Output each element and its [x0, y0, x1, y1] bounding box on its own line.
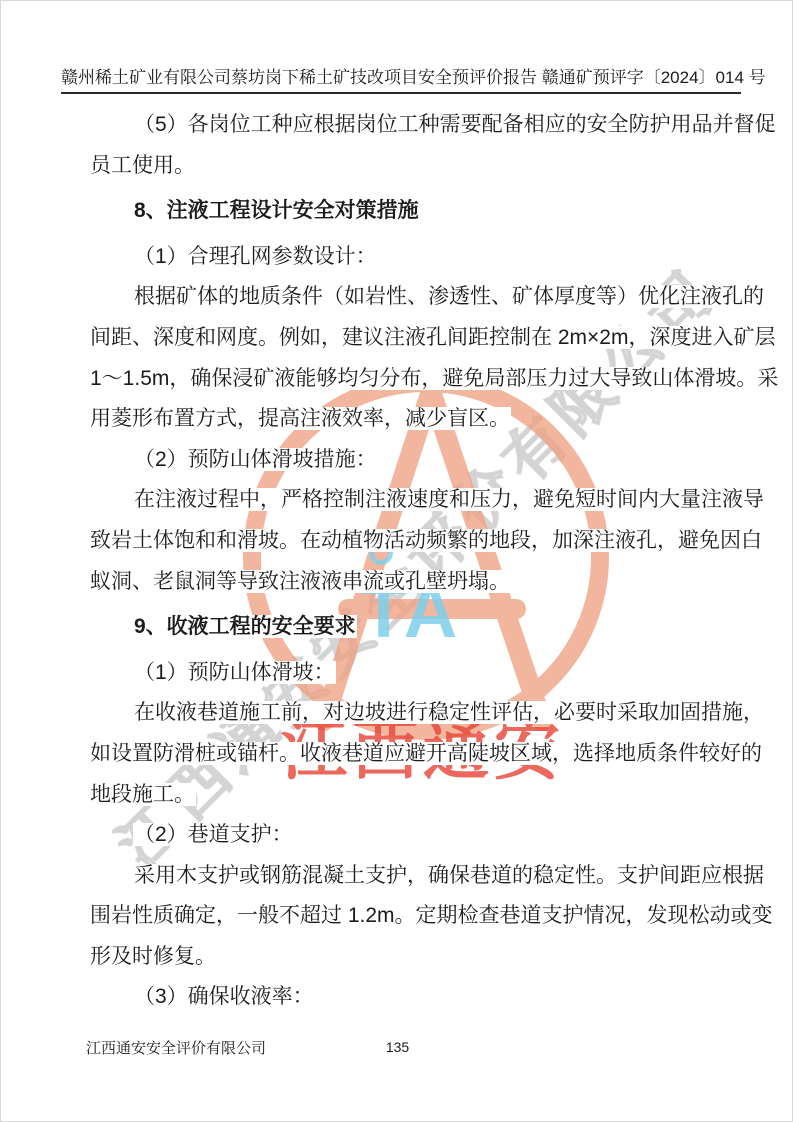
- body-line-text: 9、收液工程的安全要求: [133, 615, 357, 638]
- body-line: 1～1.5m，确保浸矿液能够均匀分布，避免局部压力过大导致山体滑坡。采: [89, 359, 709, 400]
- document-body: （5）各岗位工种应根据岗位工种需要配备相应的安全防护用品并督促员工使用。8、注液…: [89, 105, 709, 1018]
- body-line-text: （2）预防山体滑坡措施：: [133, 448, 378, 471]
- body-line: 地段施工。: [89, 775, 709, 816]
- body-line-text: 采用木支护或钢筋混凝土支护，确保巷道的稳定性。支护间距应根据: [133, 864, 765, 887]
- body-line: （3）确保收液率：: [89, 977, 709, 1018]
- body-line-text: 用菱形布置方式，提高注液效率，减少盲区。: [89, 407, 511, 430]
- body-line: 围岩性质确定，一般不超过 1.2m。定期检查巷道支护情况，发现松动或变: [89, 896, 709, 937]
- body-line-text: 根据矿体的地质条件（如岩性、渗透性、矿体厚度等）优化注液孔的: [133, 285, 765, 308]
- body-line-text: 8、注液工程设计安全对策措施: [133, 199, 420, 222]
- section-heading: 8、注液工程设计安全对策措施: [89, 191, 709, 232]
- header-title: 赣州稀土矿业有限公司蔡坊岗下稀土矿技改项目安全预评价报告 赣通矿预评字〔2024…: [61, 68, 766, 87]
- body-line: 员工使用。: [89, 146, 709, 187]
- body-line-text: 如设置防滑桩或锚杆。收液巷道应避开高陡坡区域，选择地质条件较好的: [89, 742, 763, 765]
- document-page: 江西通安安全评价有限公司 TA 江西通安 赣州稀土矿业有限公司蔡坊岗下稀土矿技改…: [0, 0, 793, 1122]
- body-line-text: （1）预防山体滑坡：: [133, 661, 336, 684]
- body-line: （1）预防山体滑坡：: [89, 653, 709, 694]
- content-layer: 赣州稀土矿业有限公司蔡坊岗下稀土矿技改项目安全预评价报告 赣通矿预评字〔2024…: [1, 1, 792, 1121]
- body-line-text: 1～1.5m，确保浸矿液能够均匀分布，避免局部压力过大导致山体滑坡。采: [89, 367, 779, 390]
- page-footer: 江西通安安全评价有限公司 135: [1, 1037, 793, 1061]
- body-line-text: 间距、深度和网度。例如，建议注液孔间距控制在 2m×2m，深度进入矿层: [89, 326, 776, 349]
- body-line-text: 地段施工。: [89, 783, 196, 806]
- body-line: 在收液巷道施工前，对边坡进行稳定性评估，必要时采取加固措施，: [89, 693, 709, 734]
- body-line-text: 在收液巷道施工前，对边坡进行稳定性评估，必要时采取加固措施，: [133, 701, 765, 724]
- body-line: 如设置防滑桩或锚杆。收液巷道应避开高陡坡区域，选择地质条件较好的: [89, 734, 709, 775]
- body-line: （2）巷道支护：: [89, 815, 709, 856]
- body-line: 用菱形布置方式，提高注液效率，减少盲区。: [89, 399, 709, 440]
- body-line: （5）各岗位工种应根据岗位工种需要配备相应的安全防护用品并督促: [89, 105, 709, 146]
- body-line: 在注液过程中，严格控制注液速度和压力，避免短时间内大量注液导: [89, 480, 709, 521]
- body-line-text: 在注液过程中，严格控制注液速度和压力，避免短时间内大量注液导: [133, 488, 765, 511]
- body-line: （2）预防山体滑坡措施：: [89, 440, 709, 481]
- page-header: 赣州稀土矿业有限公司蔡坊岗下稀土矿技改项目安全预评价报告 赣通矿预评字〔2024…: [61, 63, 741, 94]
- body-line: 形及时修复。: [89, 937, 709, 978]
- page-number: 135: [1, 1039, 793, 1055]
- body-line-text: 员工使用。: [89, 154, 196, 177]
- body-line: （1）合理孔网参数设计：: [89, 237, 709, 278]
- body-line-text: 致岩土体饱和和滑坡。在动植物活动频繁的地段，加深注液孔，避免因白: [89, 529, 763, 552]
- body-line: 致岩土体饱和和滑坡。在动植物活动频繁的地段，加深注液孔，避免因白: [89, 521, 709, 562]
- body-line: 采用木支护或钢筋混凝土支护，确保巷道的稳定性。支护间距应根据: [89, 856, 709, 897]
- body-line-text: （5）各岗位工种应根据岗位工种需要配备相应的安全防护用品并督促: [133, 113, 777, 136]
- body-line: 间距、深度和网度。例如，建议注液孔间距控制在 2m×2m，深度进入矿层: [89, 318, 709, 359]
- body-line-text: （3）确保收液率：: [133, 985, 315, 1008]
- section-heading: 9、收液工程的安全要求: [89, 607, 709, 648]
- body-line-text: 围岩性质确定，一般不超过 1.2m。定期检查巷道支护情况，发现松动或变: [89, 904, 774, 927]
- body-line: 根据矿体的地质条件（如岩性、渗透性、矿体厚度等）优化注液孔的: [89, 277, 709, 318]
- body-line-text: 蚁洞、老鼠洞等导致注液液串流或孔壁坍塌。: [89, 570, 511, 593]
- body-line-text: （2）巷道支护：: [133, 823, 294, 846]
- body-line: 蚁洞、老鼠洞等导致注液液串流或孔壁坍塌。: [89, 562, 709, 603]
- body-line-text: 形及时修复。: [89, 945, 217, 968]
- body-line-text: （1）合理孔网参数设计：: [133, 245, 378, 268]
